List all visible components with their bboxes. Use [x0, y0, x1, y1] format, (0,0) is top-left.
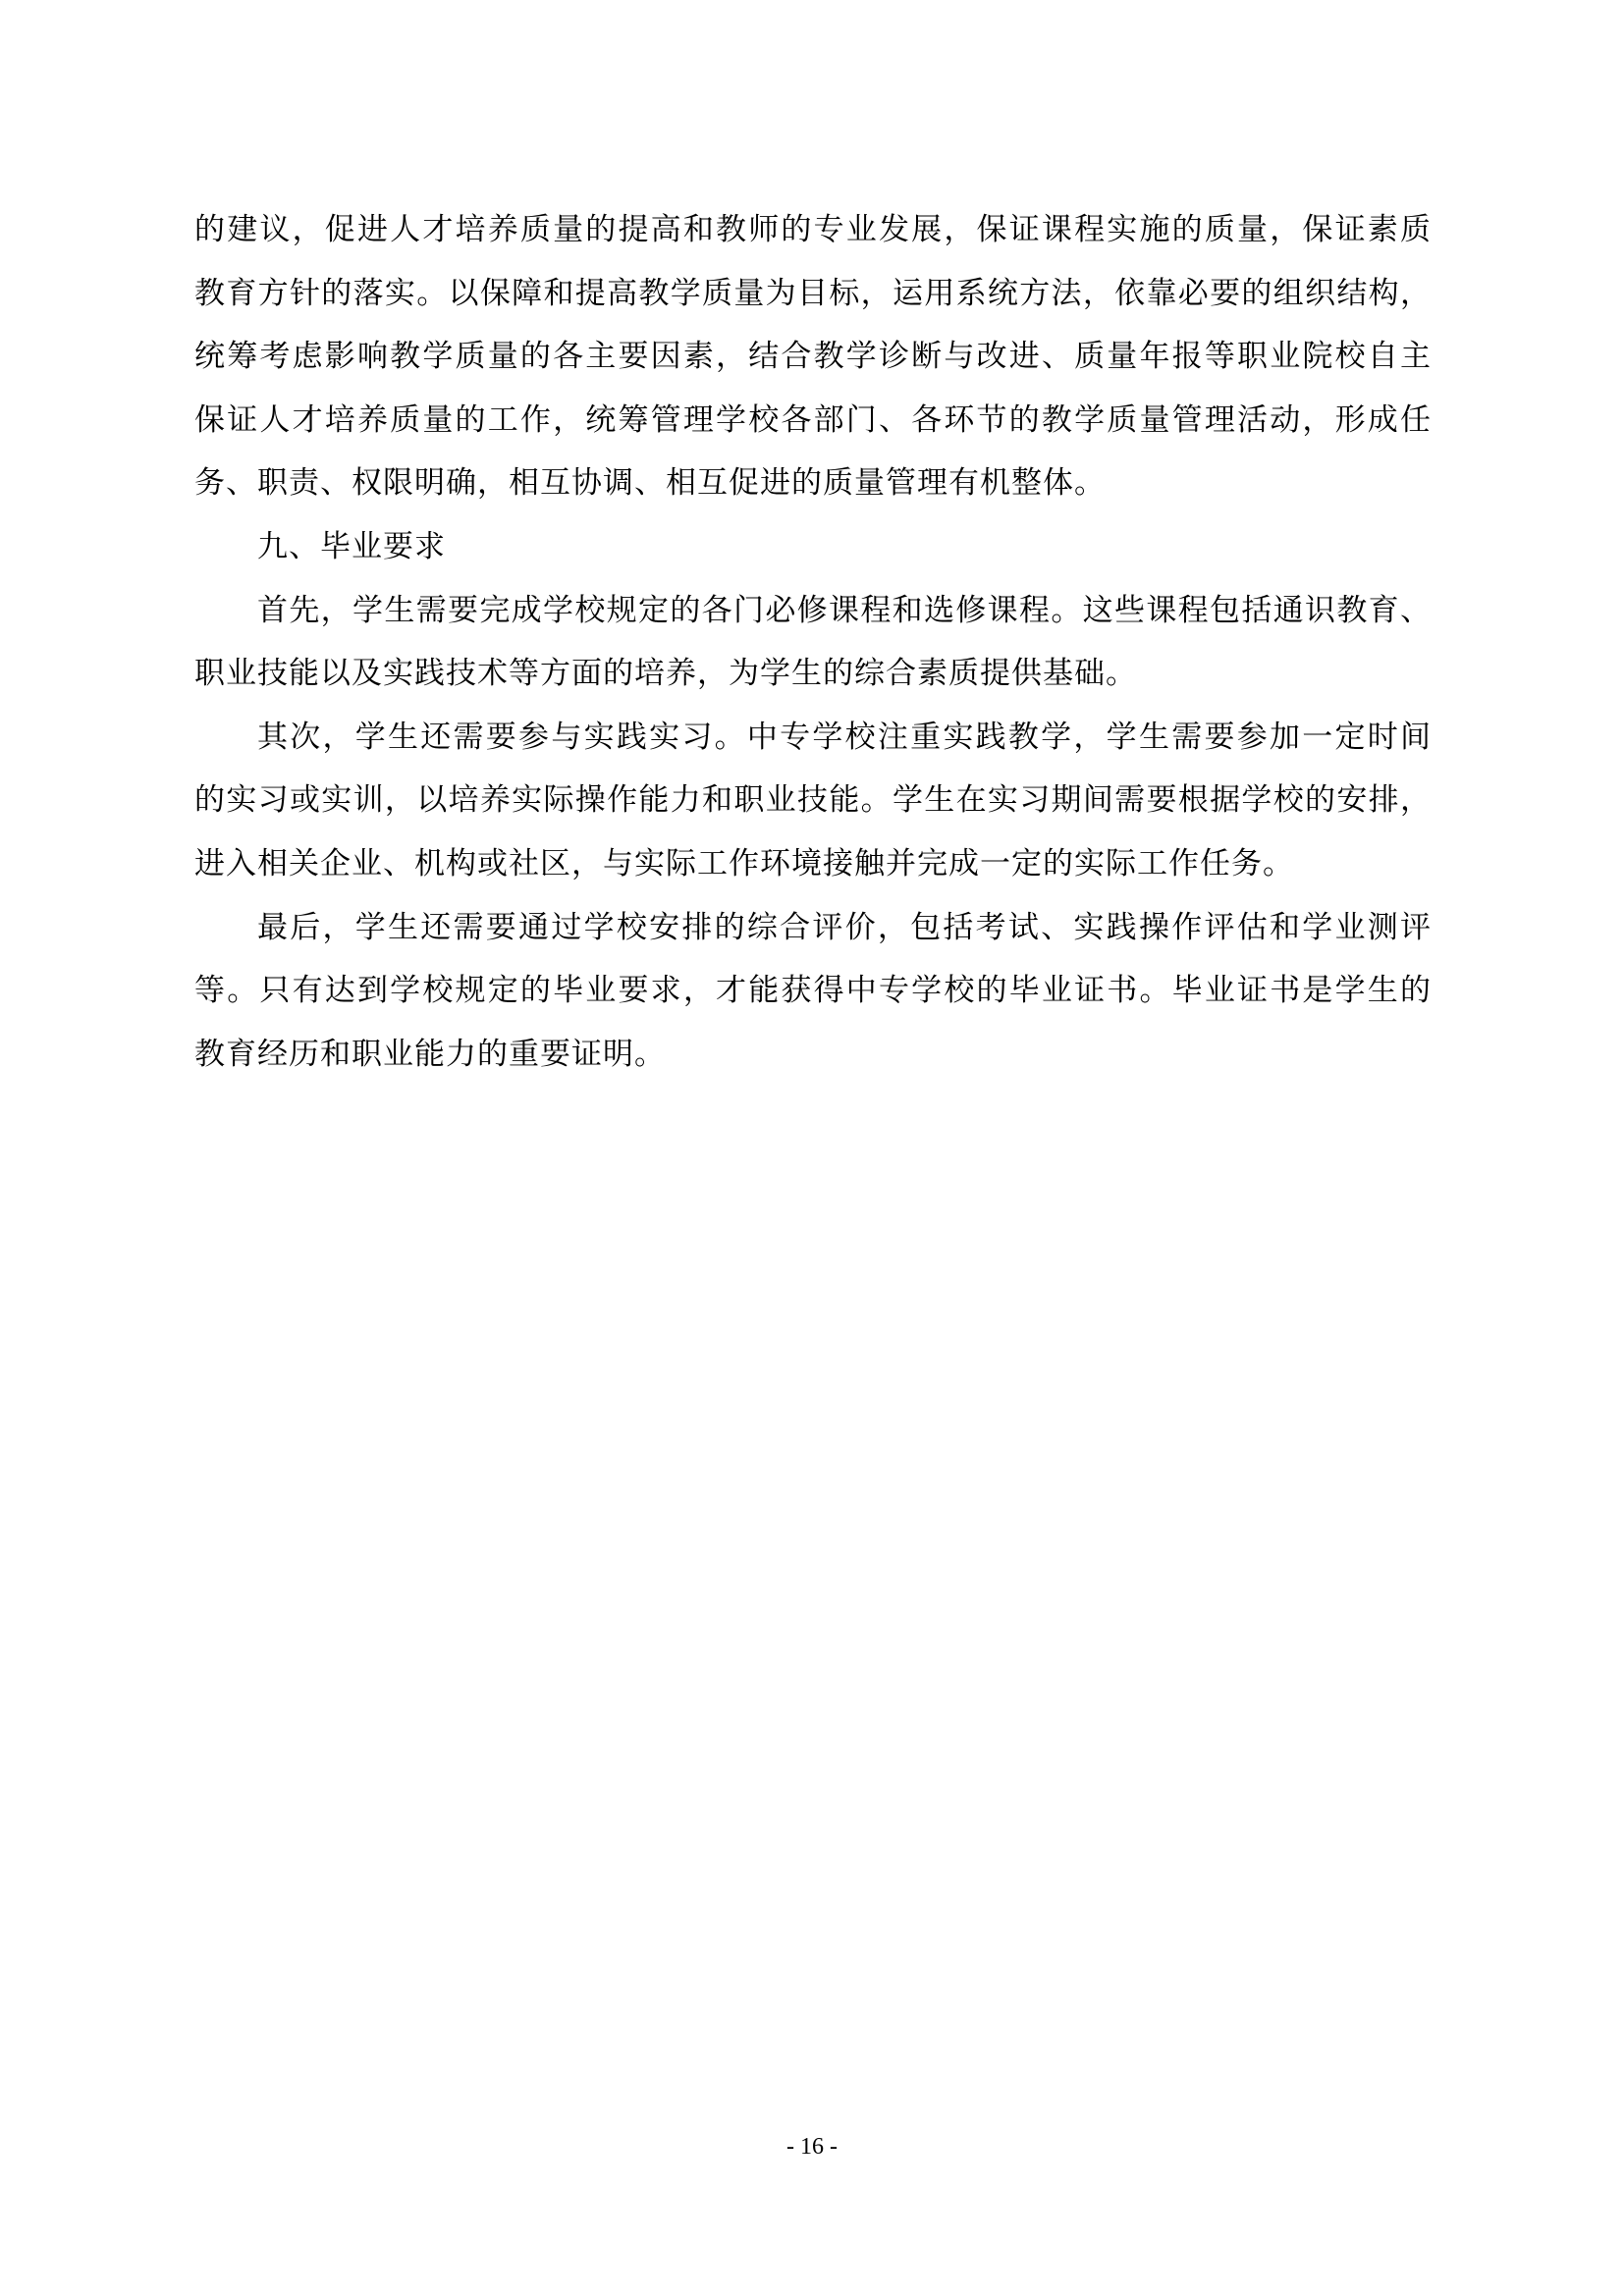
text-line: 保证人才培养质量的工作，统筹管理学校各部门、各环节的教学质量管理活动，形成任	[194, 389, 1431, 453]
text-line: 的实习或实训，以培养实际操作能力和职业技能。学生在实习期间需要根据学校的安排，	[194, 769, 1431, 832]
text-line: 教育方针的落实。以保障和提高教学质量为目标，运用系统方法，依靠必要的组织结构，	[194, 262, 1431, 326]
text-line: 教育经历和职业能力的重要证明。	[194, 1023, 1431, 1087]
text-line: 首先，学生需要完成学校规定的各门必修课程和选修课程。这些课程包括通识教育、	[194, 579, 1431, 643]
text-line: 最后，学生还需要通过学校安排的综合评价，包括考试、实践操作评估和学业测评	[194, 896, 1431, 960]
text-line: 统筹考虑影响教学质量的各主要因素，结合教学诊断与改进、质量年报等职业院校自主	[194, 325, 1431, 389]
text-line: 其次，学生还需要参与实践实习。中专学校注重实践教学，学生需要参加一定时间	[194, 706, 1431, 770]
document-body: 的建议，促进人才培养质量的提高和教师的专业发展，保证课程实施的质量，保证素质教育…	[194, 198, 1431, 1086]
document-page: 的建议，促进人才培养质量的提高和教师的专业发展，保证课程实施的质量，保证素质教育…	[0, 0, 1624, 2296]
section-heading: 九、毕业要求	[194, 515, 1431, 579]
text-line: 职业技能以及实践技术等方面的培养，为学生的综合素质提供基础。	[194, 642, 1431, 706]
text-line: 等。只有达到学校规定的毕业要求，才能获得中专学校的毕业证书。毕业证书是学生的	[194, 959, 1431, 1023]
text-line: 进入相关企业、机构或社区，与实际工作环境接触并完成一定的实际工作任务。	[194, 832, 1431, 896]
text-line: 务、职责、权限明确，相互协调、相互促进的质量管理有机整体。	[194, 452, 1431, 515]
text-line: 的建议，促进人才培养质量的提高和教师的专业发展，保证课程实施的质量，保证素质	[194, 198, 1431, 262]
page-number: - 16 -	[0, 2132, 1624, 2162]
